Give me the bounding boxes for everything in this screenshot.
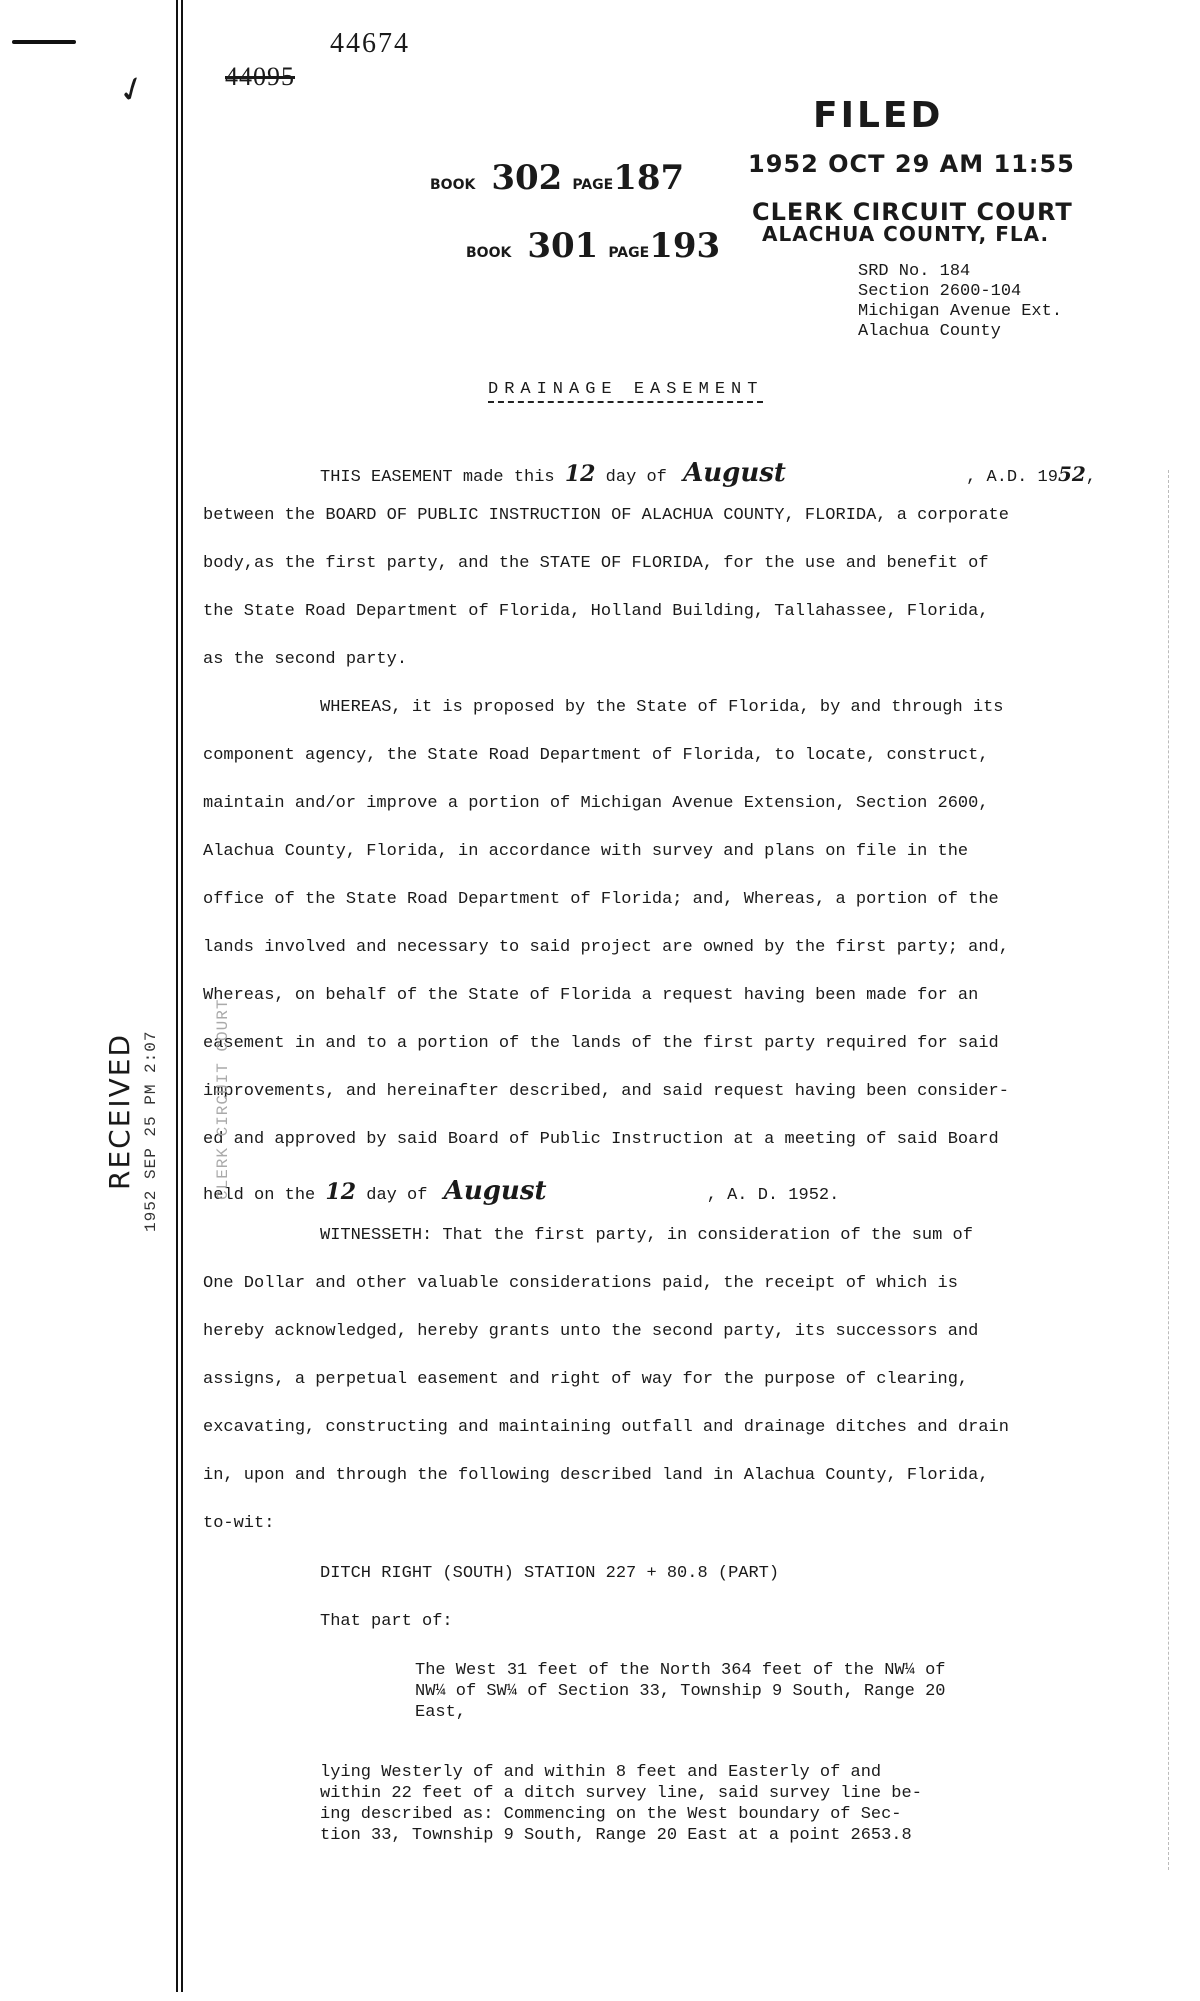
survey-line: lying Westerly of and within 8 feet and … [320, 1762, 922, 1783]
survey-line: tion 33, Township 9 South, Range 20 East… [320, 1825, 922, 1846]
page-number: 193 [649, 226, 720, 266]
document-number-struck: 44095 [225, 62, 295, 92]
made-year-handwritten: 52 [1058, 462, 1086, 486]
body-line: lands involved and necessary to said pro… [203, 938, 1009, 957]
reference-county: Alachua County [858, 322, 1062, 342]
body-line: improvements, and hereinafter described,… [203, 1082, 1009, 1101]
parcel-line: The West 31 feet of the North 364 feet o… [415, 1660, 946, 1681]
body-line: easement in and to a portion of the land… [203, 1034, 999, 1053]
made-day-suffix: day of [606, 468, 667, 487]
reference-block: SRD No. 184 Section 2600-104 Michigan Av… [858, 262, 1062, 342]
page-label: PAGE [608, 245, 649, 261]
book-page-stamp-2: BOOK 301 PAGE193 [466, 226, 720, 266]
book-number: 302 [491, 158, 562, 198]
body-line: in, upon and through the following descr… [203, 1466, 989, 1485]
body-line: office of the State Road Department of F… [203, 890, 999, 909]
book-label: BOOK [430, 177, 475, 193]
document-number: 44674 [330, 28, 410, 60]
reference-srd: SRD No. 184 [858, 262, 1062, 282]
page-number: 187 [613, 158, 684, 198]
body-line: hereby acknowledged, hereby grants unto … [203, 1322, 978, 1341]
body-line: Alachua County, Florida, in accordance w… [203, 842, 968, 861]
margin-rule-outer [176, 0, 178, 1992]
parcel-line: East, [415, 1702, 946, 1723]
received-stamp-date: 1952 SEP 25 PM 2:07 [142, 1031, 160, 1232]
held-day-suffix: day of [366, 1186, 427, 1205]
book-page-stamp-1: BOOK 302 PAGE187 [430, 158, 684, 198]
received-stamp: RECEIVED [103, 1033, 136, 1190]
body-line-made: THIS EASEMENT made this 12 day of August… [320, 458, 1096, 488]
received-stamp-clerk: CLERK CIRCUIT COURT [214, 999, 232, 1200]
survey-line: ing described as: Commencing on the West… [320, 1804, 922, 1825]
body-line: as the second party. [203, 650, 407, 669]
body-line: body,as the first party, and the STATE O… [203, 554, 989, 573]
reference-section: Section 2600-104 [858, 282, 1062, 302]
margin-check-mark: ✓ [112, 66, 152, 113]
survey-description: lying Westerly of and within 8 feet and … [320, 1762, 922, 1846]
body-line: One Dollar and other valuable considerat… [203, 1274, 958, 1293]
ditch-heading: DITCH RIGHT (SOUTH) STATION 227 + 80.8 (… [320, 1564, 779, 1583]
filed-stamp-date: 1952 OCT 29 AM 11:55 [748, 150, 1075, 178]
body-line: assigns, a perpetual easement and right … [203, 1370, 968, 1389]
body-line: WHEREAS, it is proposed by the State of … [320, 698, 1004, 717]
right-edge-marks [1168, 470, 1170, 1870]
reference-road: Michigan Avenue Ext. [858, 302, 1062, 322]
book-number: 301 [527, 226, 598, 266]
filed-stamp-county: ALACHUA COUNTY, FLA. [762, 222, 1049, 246]
body-line: ed and approved by said Board of Public … [203, 1130, 999, 1149]
that-part-of: That part of: [320, 1612, 453, 1631]
body-line: between the BOARD OF PUBLIC INSTRUCTION … [203, 506, 1009, 525]
made-year-suffix: , [1086, 468, 1096, 487]
document-title: DRAINAGE EASEMENT [488, 380, 763, 403]
body-line: to-wit: [203, 1514, 274, 1533]
made-day-handwritten: 12 [565, 461, 596, 487]
margin-rule-inner [181, 0, 183, 1992]
body-line: the State Road Department of Florida, Ho… [203, 602, 989, 621]
document-page: ✓ 44674 44095 BOOK 302 PAGE187 BOOK 301 … [0, 0, 1200, 2001]
held-year: , A. D. 1952. [707, 1186, 840, 1205]
page-label: PAGE [572, 177, 613, 193]
made-month-handwritten: August [683, 458, 786, 488]
body-line-held: held on the 12 day of August , A. D. 195… [203, 1176, 839, 1206]
body-line: component agency, the State Road Departm… [203, 746, 989, 765]
body-line: WITNESSETH: That the first party, in con… [320, 1226, 973, 1245]
parcel-description: The West 31 feet of the North 364 feet o… [415, 1660, 946, 1723]
held-day-handwritten: 12 [325, 1179, 356, 1205]
survey-line: within 22 feet of a ditch survey line, s… [320, 1783, 922, 1804]
body-line: Whereas, on behalf of the State of Flori… [203, 986, 978, 1005]
held-month-handwritten: August [444, 1176, 547, 1206]
filed-stamp-title: FILED [813, 95, 943, 136]
body-line: excavating, constructing and maintaining… [203, 1418, 1009, 1437]
body-line: maintain and/or improve a portion of Mic… [203, 794, 989, 813]
book-label: BOOK [466, 245, 511, 261]
parcel-line: NW¼ of SW¼ of Section 33, Township 9 Sou… [415, 1681, 946, 1702]
made-year-prefix: , A.D. 19 [966, 468, 1058, 487]
margin-dash-mark [12, 40, 76, 44]
made-text: THIS EASEMENT made this [320, 468, 555, 487]
